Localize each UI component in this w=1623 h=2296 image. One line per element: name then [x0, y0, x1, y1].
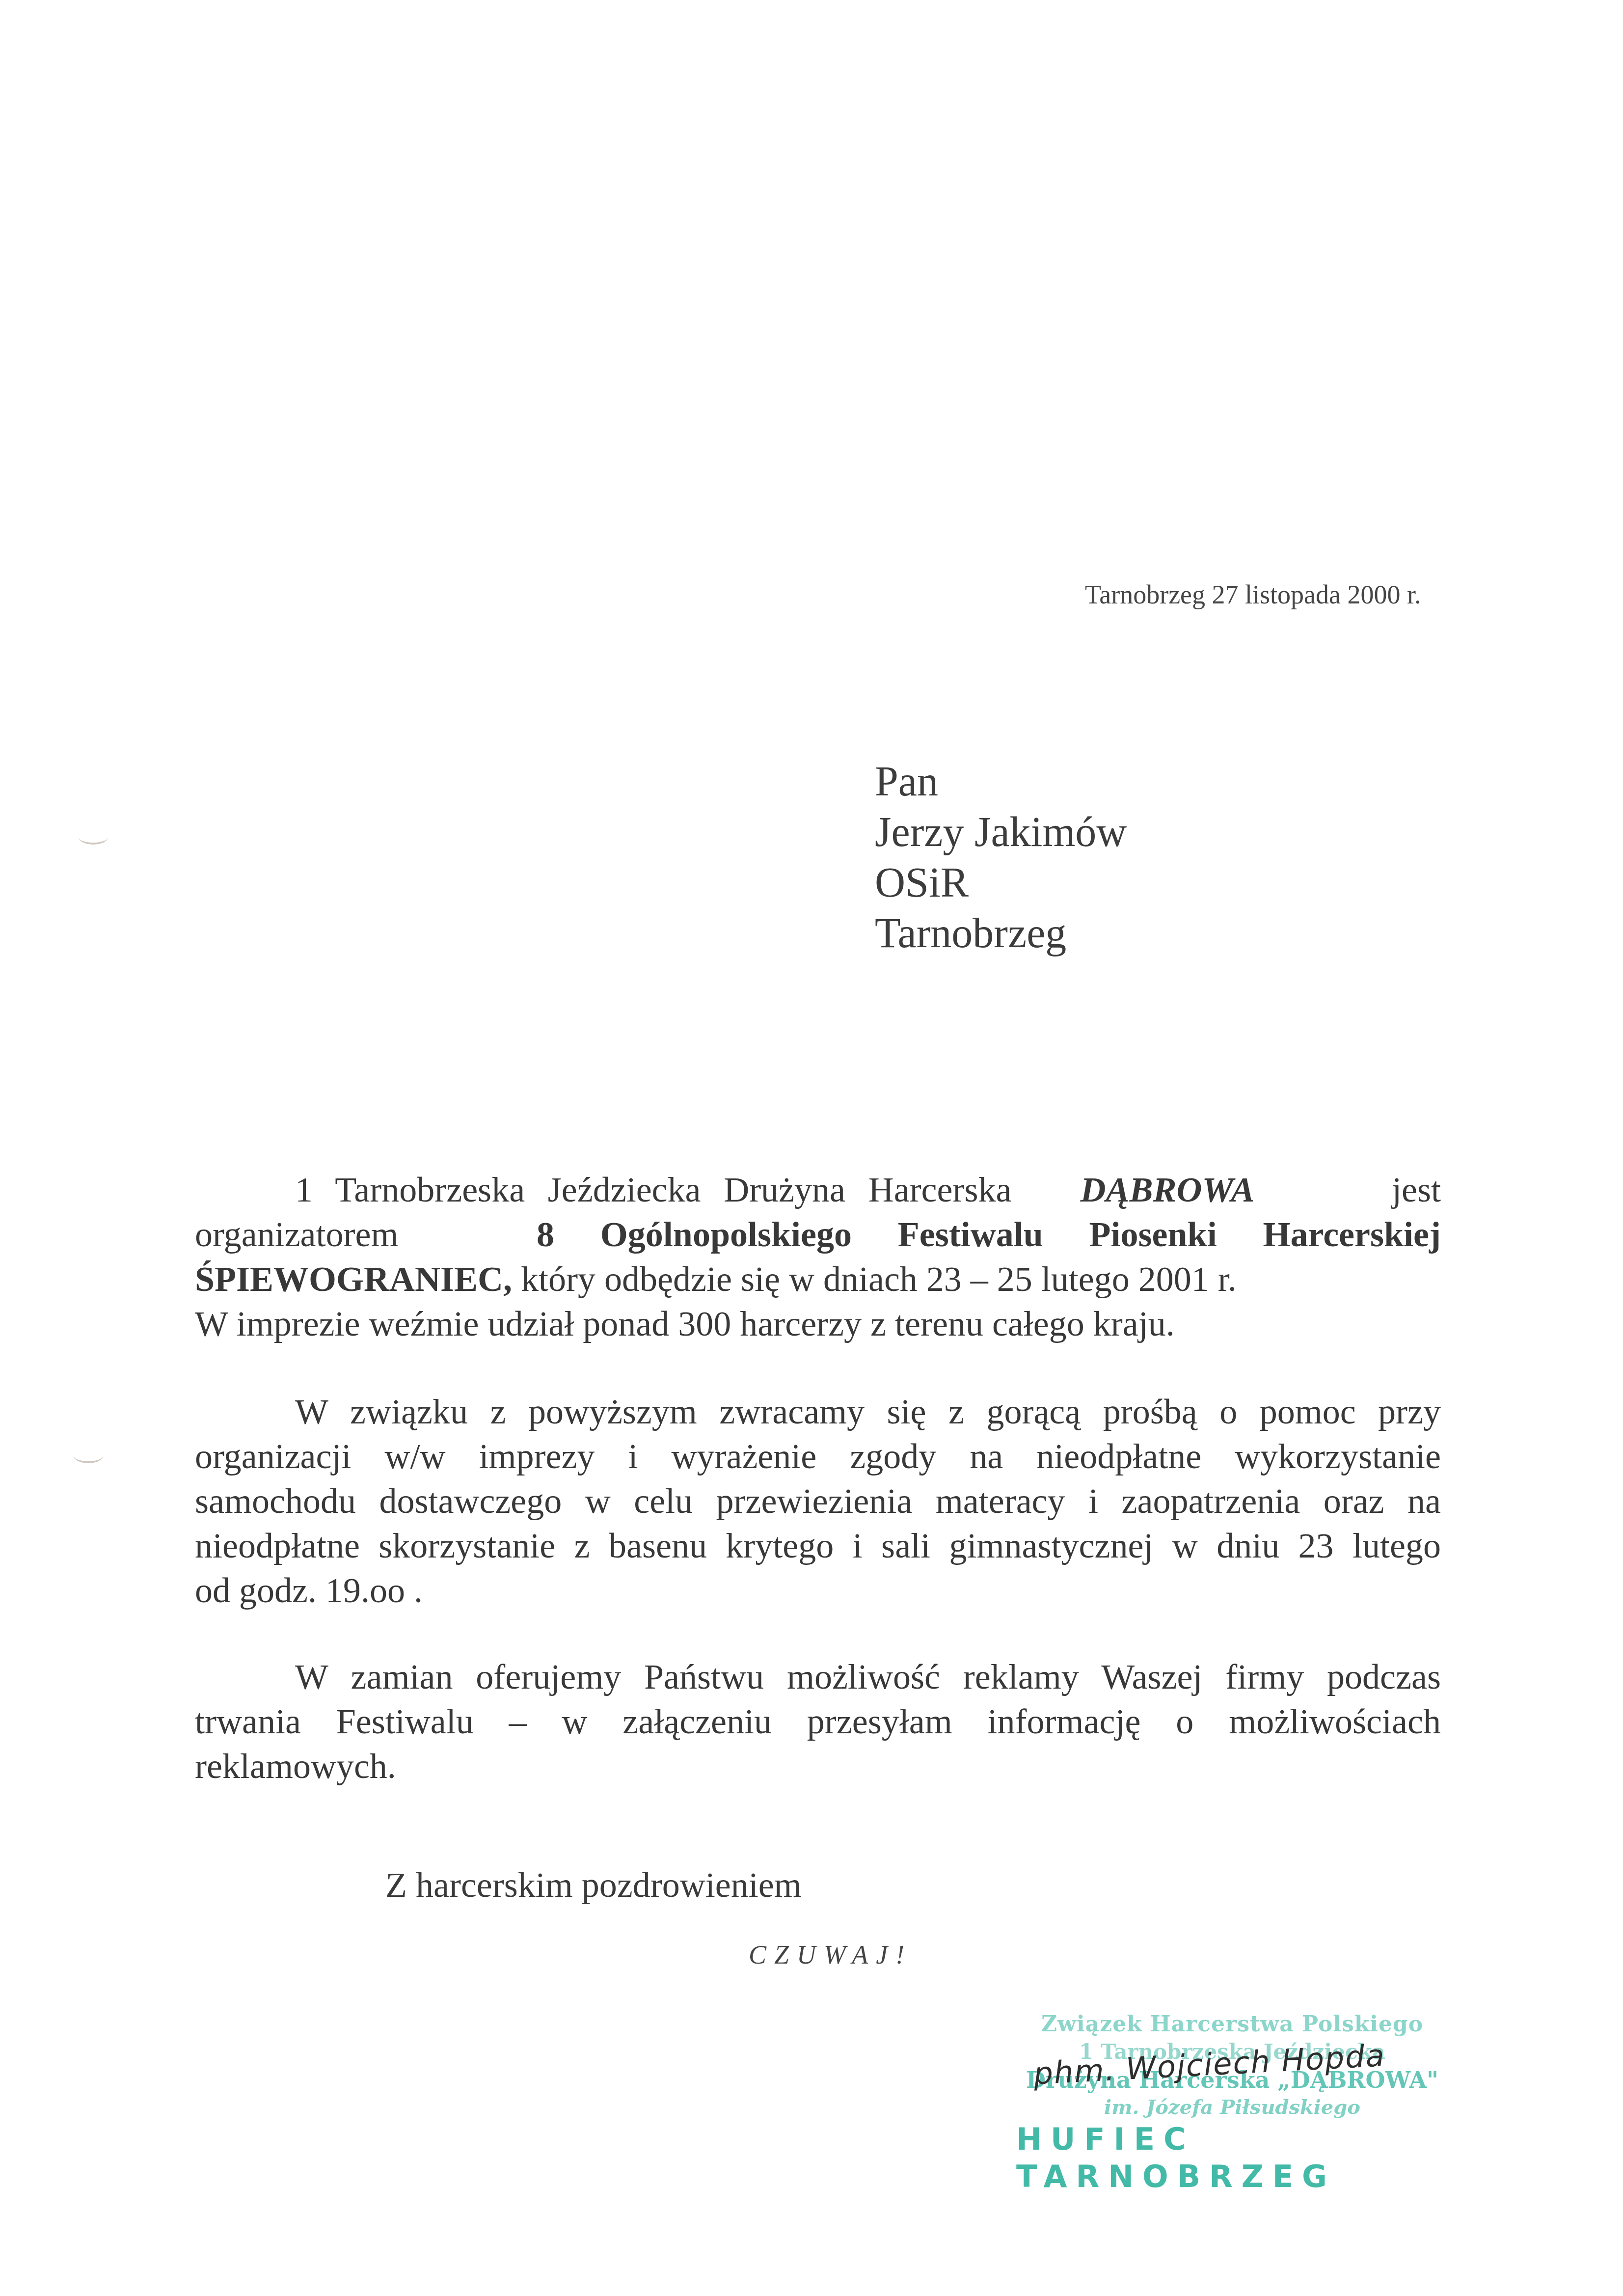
text-run: organizatorem — [195, 1215, 399, 1254]
stamp-line: Związek Harcerstwa Polskiego — [1011, 2011, 1453, 2038]
paragraph-line: reklamowych. — [195, 1744, 1441, 1789]
paragraph-intro: 1 Tarnobrzeska Jeździecka Drużyna Harcer… — [195, 1168, 1441, 1346]
scout-motto: CZUWAJ! — [749, 1940, 912, 1970]
text-run: 1 Tarnobrzeska Jeździecka Drużyna Harcer… — [295, 1170, 1011, 1209]
festival-title: ŚPIEWOGRANIEC, — [195, 1259, 512, 1299]
recipient-salutation: Pan — [875, 756, 1127, 807]
paragraph-line: W związku z powyższym zwracamy się z gor… — [195, 1390, 1441, 1434]
paragraph-line: nieodpłatne skorzystanie z basenu kryteg… — [195, 1524, 1441, 1568]
stamp-line: im. Józefa Piłsudskiego — [1011, 2094, 1453, 2121]
paragraph-line: samochodu dostawczego w celu przewiezien… — [195, 1479, 1441, 1524]
paragraph-line: organizatorem 8 Ogólnopolskiego Festiwal… — [195, 1212, 1441, 1257]
paragraph-offer: W zamian oferujemy Państwu możliwość rek… — [195, 1655, 1441, 1789]
paragraph-line: trwania Festiwalu – w załączeniu przesył… — [195, 1699, 1441, 1744]
paragraph-line: 1 Tarnobrzeska Jeździecka Drużyna Harcer… — [195, 1168, 1441, 1212]
closing-greeting: Z harcerskim pozdrowieniem — [385, 1865, 802, 1906]
paragraph-line: od godz. 19.oo . — [195, 1568, 1441, 1613]
recipient-name: Jerzy Jakimów — [875, 807, 1127, 857]
paragraph-line: ŚPIEWOGRANIEC, który odbędzie się w dnia… — [195, 1257, 1441, 1302]
paragraph-line: W imprezie weźmie udział ponad 300 harce… — [195, 1302, 1441, 1346]
punch-hole-mark-icon — [79, 830, 108, 845]
text-run: jest — [1392, 1170, 1441, 1209]
paragraph-line: organizacji w/w imprezy i wyrażenie zgod… — [195, 1434, 1441, 1479]
paragraph-request: W związku z powyższym zwracamy się z gor… — [195, 1390, 1441, 1613]
recipient-block: Pan Jerzy Jakimów OSiR Tarnobrzeg — [875, 756, 1127, 958]
paragraph-line: W zamian oferujemy Państwu możliwość rek… — [195, 1655, 1441, 1699]
recipient-organization: OSiR — [875, 857, 1127, 908]
text-run: który odbędzie się w dniach 23 – 25 lute… — [512, 1259, 1237, 1299]
punch-hole-mark-icon — [74, 1449, 103, 1463]
troop-name: DĄBROWA — [1080, 1170, 1254, 1209]
letter-date: Tarnobrzeg 27 listopada 2000 r. — [1085, 579, 1421, 610]
stamp-line: HUFIEC TARNOBRZEG — [1011, 2121, 1453, 2195]
recipient-city: Tarnobrzeg — [875, 908, 1127, 958]
festival-name: 8 Ogólnopolskiego Festiwalu Piosenki Har… — [537, 1215, 1441, 1254]
